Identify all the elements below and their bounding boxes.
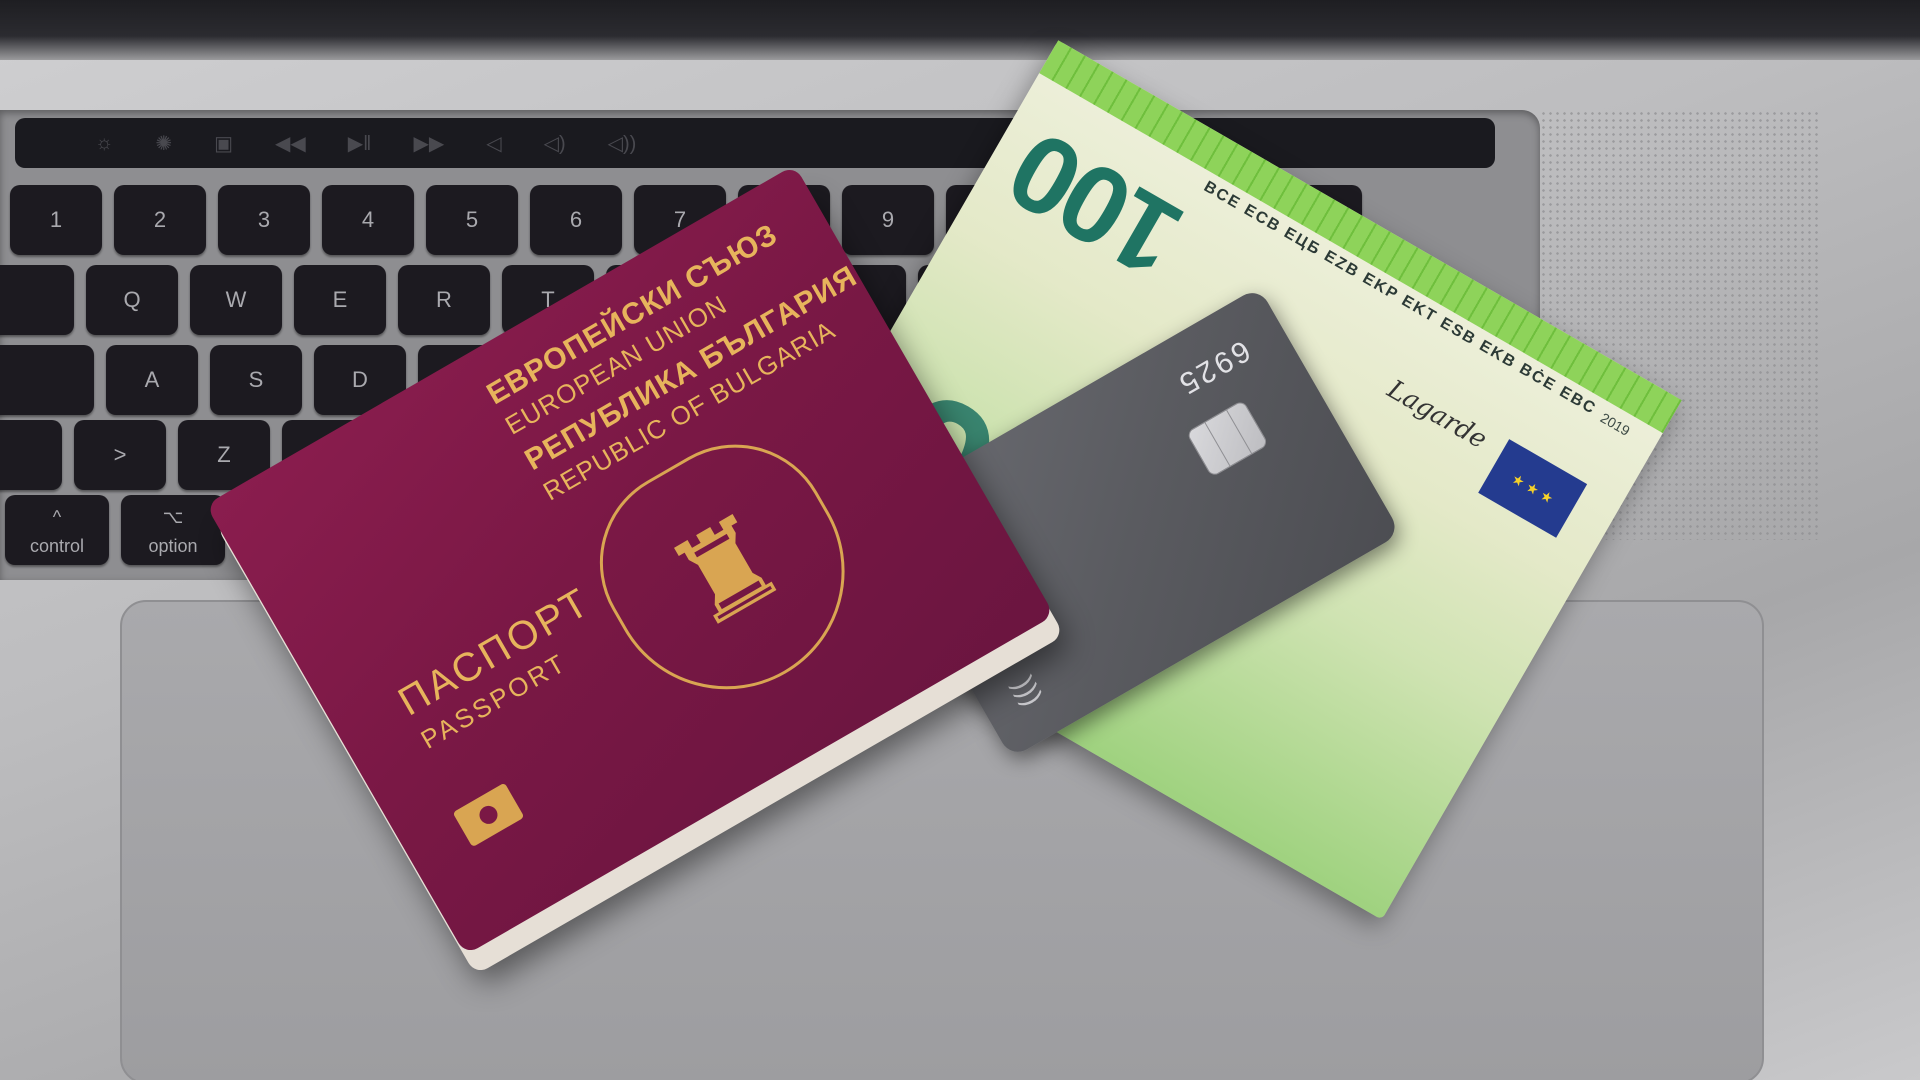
- control-symbol-icon: ^: [53, 507, 61, 528]
- laptop-screen-bezel: [0, 0, 1920, 60]
- keyboard-light-icon[interactable]: ✺: [155, 131, 172, 156]
- emv-chip-icon: [1186, 400, 1269, 478]
- control-key-label: control: [30, 536, 84, 557]
- key[interactable]: 4: [322, 185, 414, 255]
- volume-down-icon[interactable]: ◁): [544, 131, 566, 156]
- passport-title: ПАСПОРТ PASSPORT: [391, 580, 616, 756]
- control-key[interactable]: ^ control: [5, 495, 109, 565]
- tab-key[interactable]: [0, 265, 74, 335]
- touch-bar[interactable]: ☼ ✺ ▣ ◀◀ ▶‖ ▶▶ ◁ ◁) ◁)): [15, 118, 1495, 168]
- card-digits: 6925: [1171, 333, 1256, 402]
- key[interactable]: E: [294, 265, 386, 335]
- mission-control-icon[interactable]: ▣: [214, 131, 233, 156]
- key[interactable]: A: [106, 345, 198, 415]
- shift-key[interactable]: [0, 420, 62, 490]
- option-key[interactable]: ⌥ option: [121, 495, 225, 565]
- biometric-chip-icon: [453, 783, 525, 848]
- key[interactable]: 1: [10, 185, 102, 255]
- key[interactable]: S: [210, 345, 302, 415]
- key[interactable]: 3: [218, 185, 310, 255]
- signature-icon: Lagarde: [1382, 374, 1492, 455]
- contactless-icon: ))): [1007, 671, 1049, 711]
- rewind-icon[interactable]: ◀◀: [275, 131, 306, 156]
- key[interactable]: W: [190, 265, 282, 335]
- option-symbol-icon: ⌥: [163, 507, 184, 528]
- mute-icon[interactable]: ◁: [486, 131, 501, 156]
- brightness-icon[interactable]: ☼: [95, 132, 113, 155]
- key[interactable]: Q: [86, 265, 178, 335]
- key[interactable]: 6: [530, 185, 622, 255]
- banknote-year: 2019: [1598, 409, 1633, 438]
- option-key-label: option: [148, 536, 197, 557]
- play-pause-icon[interactable]: ▶‖: [348, 131, 372, 156]
- modifier-key-row: ^ control ⌥ option: [5, 495, 225, 565]
- key[interactable]: R: [398, 265, 490, 335]
- forward-icon[interactable]: ▶▶: [413, 131, 444, 156]
- key[interactable]: 5: [426, 185, 518, 255]
- key[interactable]: >: [74, 420, 166, 490]
- eu-flag-icon: ★ ★ ★: [1478, 439, 1587, 538]
- volume-up-icon[interactable]: ◁)): [608, 131, 637, 156]
- key[interactable]: 2: [114, 185, 206, 255]
- caps-lock-key[interactable]: [0, 345, 94, 415]
- key[interactable]: 9: [842, 185, 934, 255]
